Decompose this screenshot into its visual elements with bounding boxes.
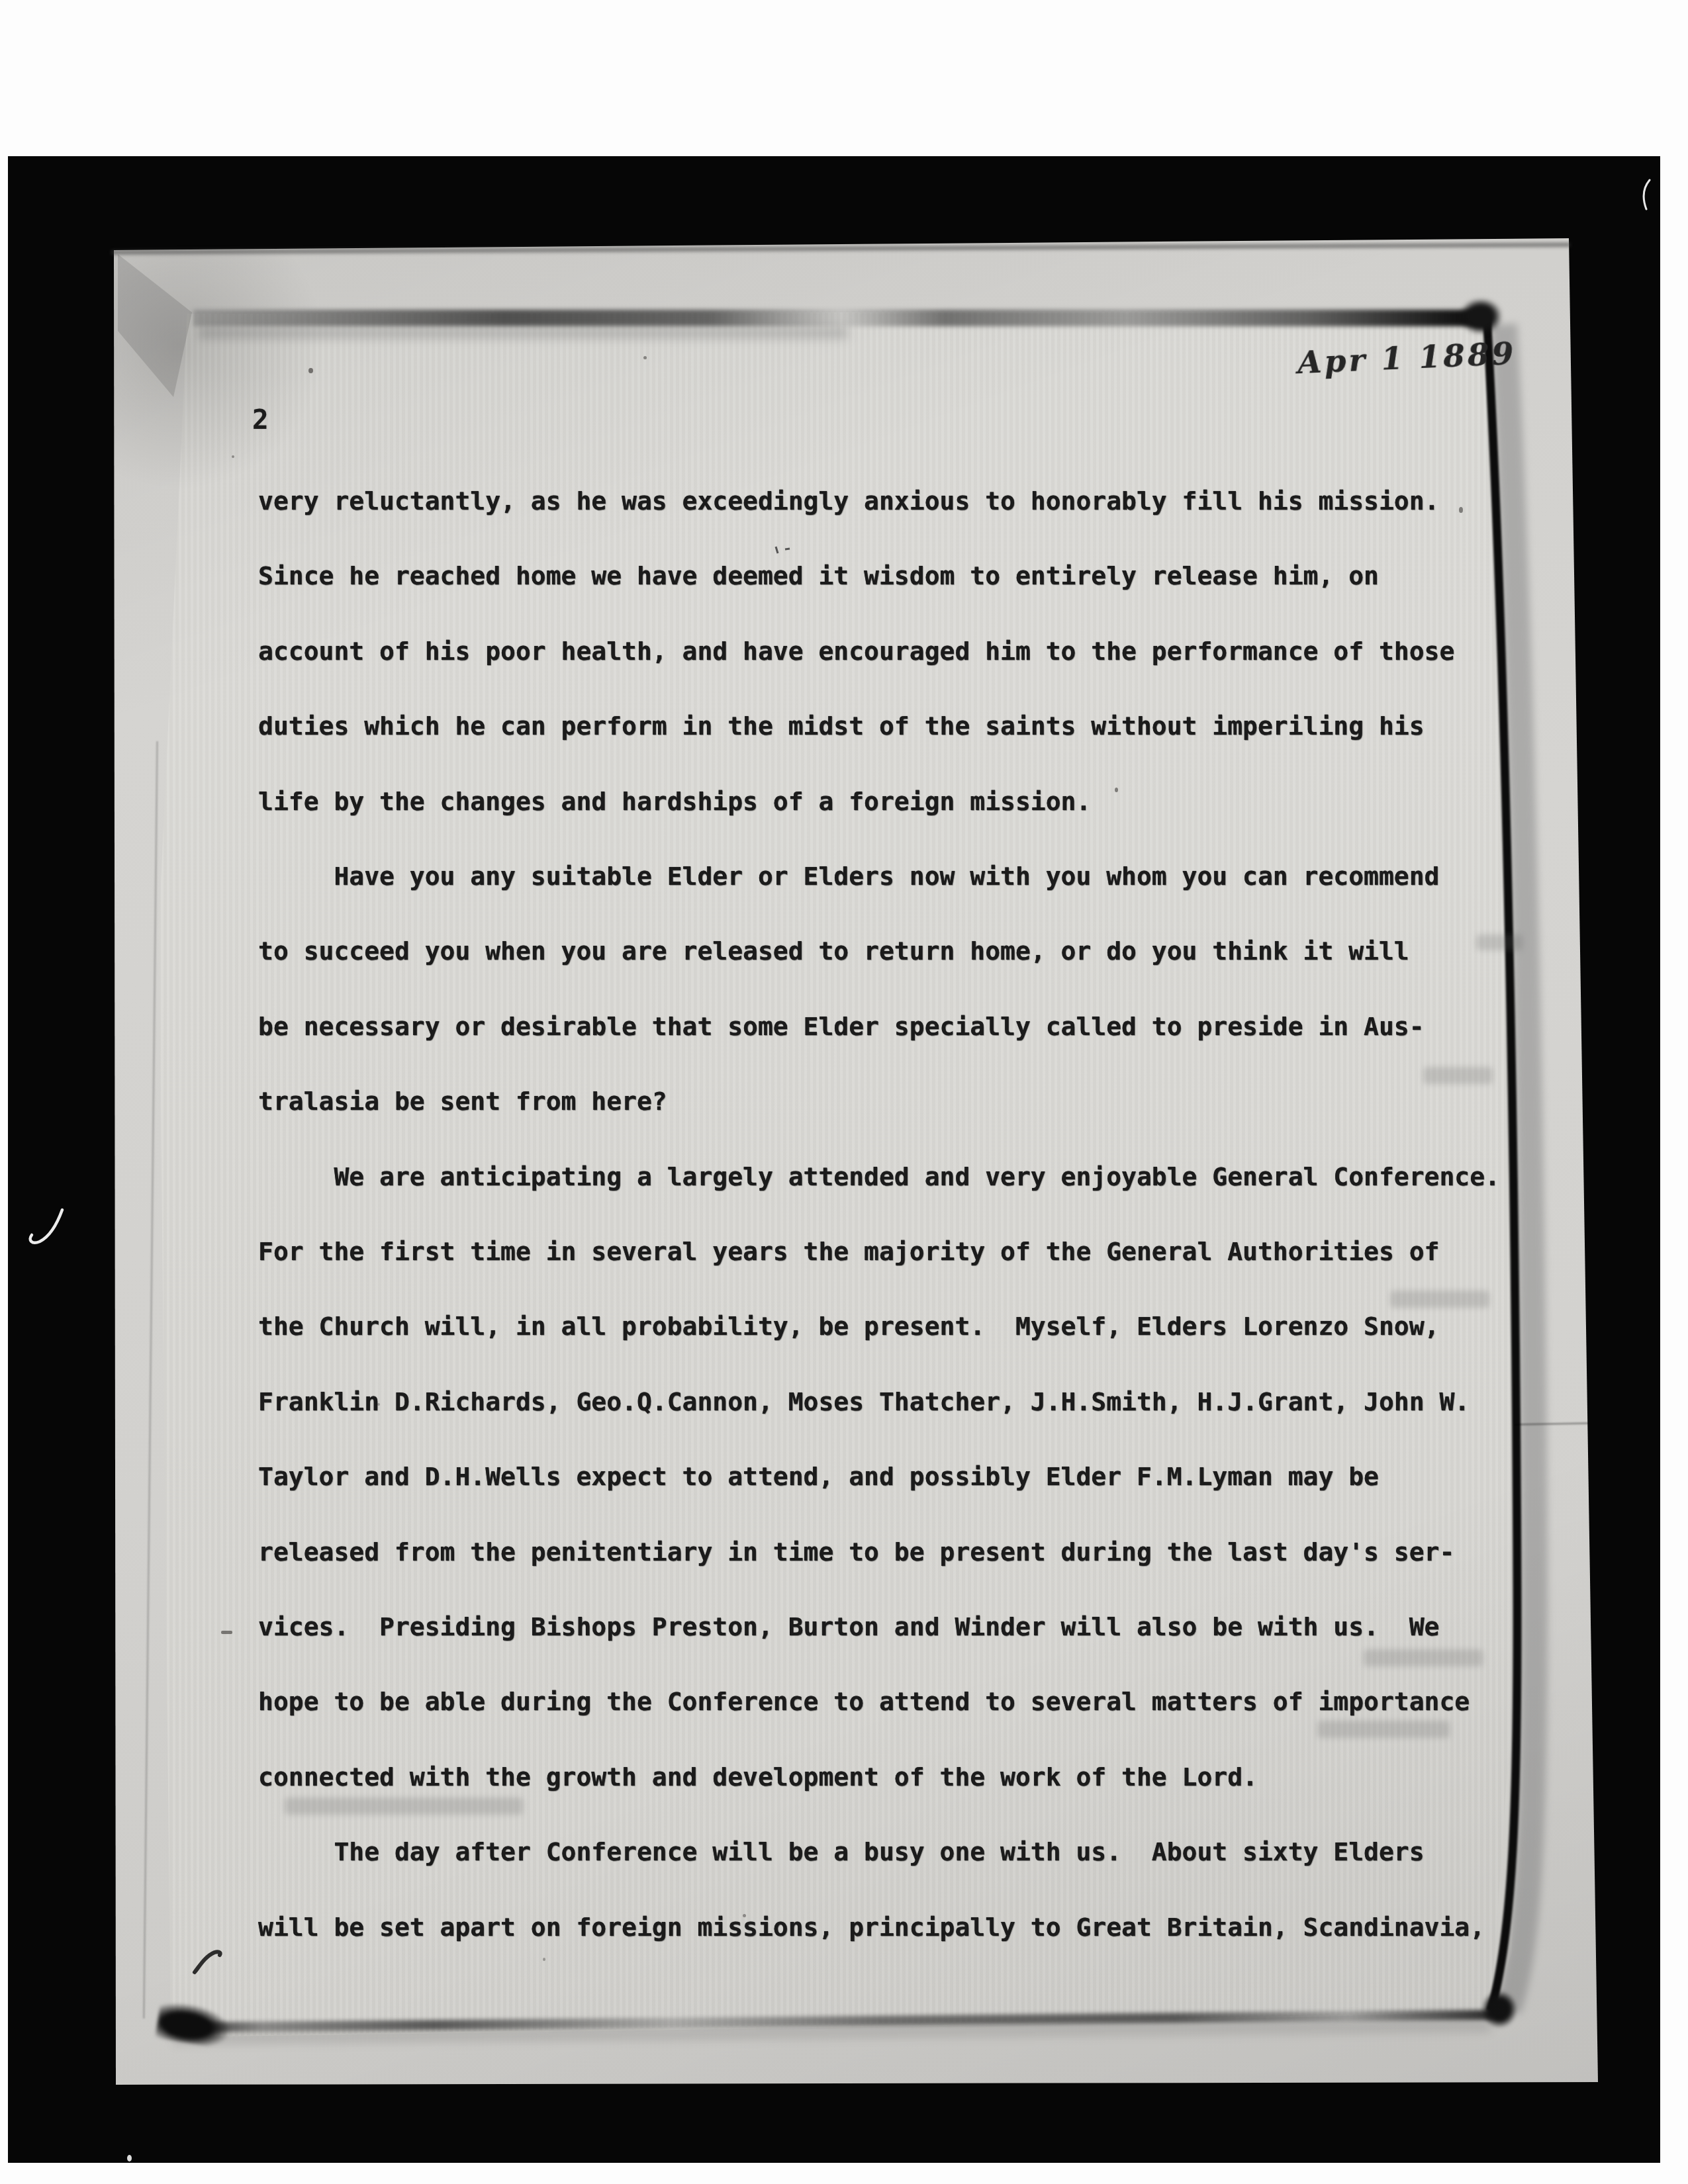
dust-speck	[1115, 788, 1118, 792]
typed-line: Franklin D.Richards, Geo.Q.Cannon, Moses…	[258, 1388, 1470, 1416]
bleedthrough-ghost	[1317, 1721, 1450, 1738]
bleedthrough-ghost	[285, 1797, 523, 1815]
bleedthrough-ghost	[1364, 1649, 1483, 1666]
dust-speck	[232, 455, 234, 458]
overstrike-ticks	[772, 545, 792, 555]
bleedthrough-ghost	[1476, 934, 1523, 950]
dust-speck	[643, 356, 647, 359]
typed-line: released from the penitentiary in time t…	[258, 1539, 1454, 1567]
page-number: 2	[252, 406, 269, 433]
dust-speck	[543, 1958, 545, 1961]
typed-line: to succeed you when you are released to …	[258, 938, 1409, 966]
dust-speck	[308, 368, 313, 373]
typed-line: We are anticipating a largely attended a…	[258, 1163, 1500, 1191]
typed-line: Taylor and D.H.Wells expect to attend, a…	[258, 1463, 1379, 1491]
typed-line: life by the changes and hardships of a f…	[258, 788, 1091, 816]
dust-speck	[1459, 507, 1463, 513]
typed-line: the Church will, in all probability, be …	[258, 1313, 1439, 1341]
bleedthrough-ghost	[1390, 1291, 1489, 1308]
dust-speck	[377, 1403, 380, 1406]
white-speck	[127, 2155, 132, 2161]
typed-line: will be set apart on foreign missions, p…	[258, 1914, 1485, 1942]
bleedthrough-ghost	[1423, 1067, 1493, 1084]
scanned-letter-page: Apr 1 1889 2 very reluctantly, as he was…	[0, 0, 1688, 2184]
typed-line: Have you any suitable Elder or Elders no…	[258, 863, 1439, 891]
typed-line: hope to be able during the Conference to…	[258, 1688, 1470, 1716]
typed-line: For the first time in several years the …	[258, 1238, 1439, 1266]
white-j-mark	[25, 1206, 69, 1252]
typed-line: The day after Conference will be a busy …	[258, 1839, 1425, 1866]
typed-line: connected with the growth and developmen…	[258, 1764, 1258, 1792]
typed-line: Since he reached home we have deemed it …	[258, 563, 1379, 590]
typed-line: be necessary or desirable that some Elde…	[258, 1013, 1425, 1041]
typed-line: tralasia be sent from here?	[258, 1088, 667, 1116]
date-annotation: Apr 1 1889	[1297, 338, 1517, 379]
typed-line: duties which he can perform in the midst…	[258, 713, 1425, 741]
white-paren-mark	[1639, 179, 1654, 210]
typed-line: account of his poor health, and have enc…	[258, 638, 1454, 666]
typed-line: vices. Presiding Bishops Preston, Burton…	[258, 1614, 1439, 1641]
dust-speck	[743, 1914, 746, 1917]
left-margin-dash	[221, 1631, 232, 1634]
pen-stroke-mark	[191, 1947, 225, 1976]
typed-line: very reluctantly, as he was exceedingly …	[258, 488, 1439, 516]
